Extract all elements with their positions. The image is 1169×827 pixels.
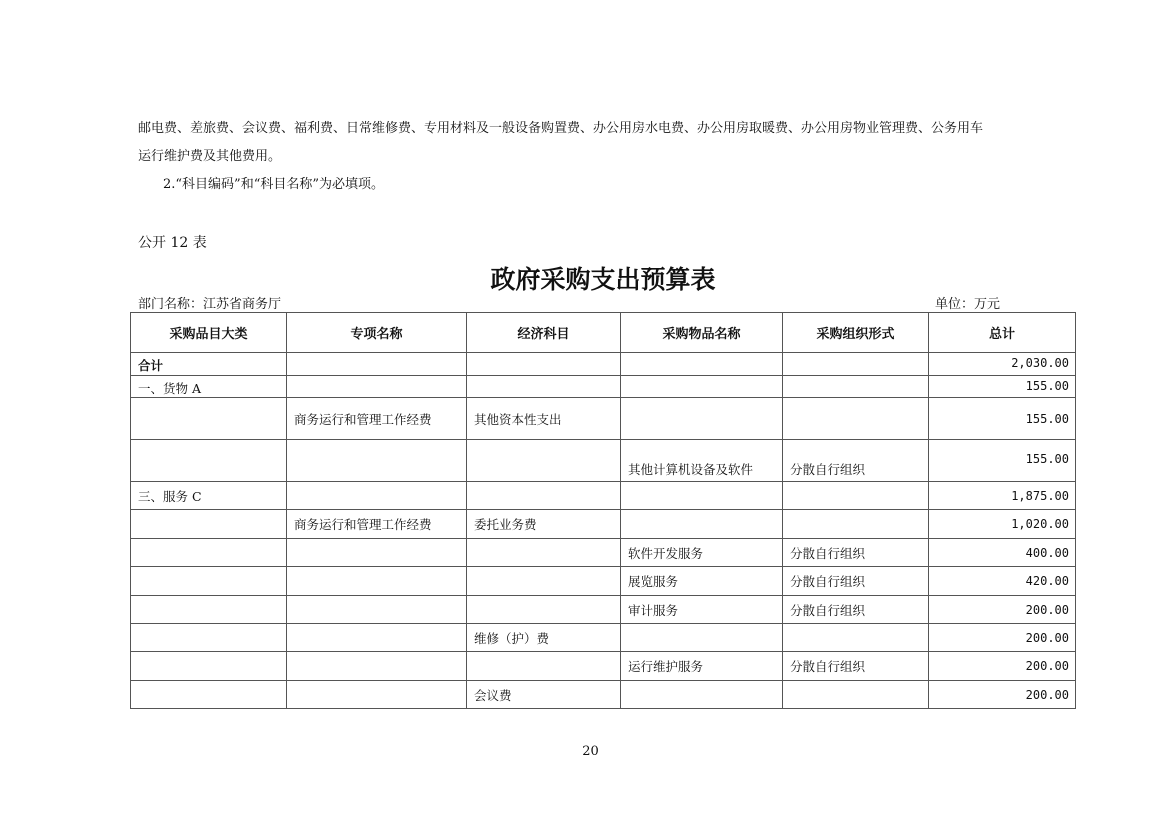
table-number: 公开 12 表 (138, 232, 207, 252)
cell-category (131, 681, 287, 709)
cell-economic (467, 353, 621, 376)
header-economic: 经济科目 (467, 313, 621, 353)
cell-item (621, 510, 783, 539)
table-row: 审计服务 分散自行组织 200.00 (131, 596, 1076, 624)
cell-org (783, 510, 929, 539)
header-total: 总计 (929, 313, 1076, 353)
table-row: 商务运行和管理工作经费 其他资本性支出 155.00 (131, 398, 1076, 440)
cell-org: 分散自行组织 (783, 567, 929, 596)
cell-project (287, 681, 467, 709)
cell-project (287, 353, 467, 376)
note-line-1: 邮电费、差旅费、会议费、福利费、日常维修费、专用材料及一般设备购置费、办公用房水… (138, 121, 983, 137)
cell-total: 420.00 (929, 567, 1076, 596)
cell-economic (467, 567, 621, 596)
unit-label: 单位：万元 (935, 293, 1000, 312)
cell-economic: 其他资本性支出 (467, 398, 621, 440)
cell-item: 运行维护服务 (621, 652, 783, 681)
cell-economic: 会议费 (467, 681, 621, 709)
cell-economic (467, 440, 621, 482)
table-row: 一、货物 A 155.00 (131, 376, 1076, 398)
cell-project: 商务运行和管理工作经费 (287, 398, 467, 440)
cell-project (287, 652, 467, 681)
header-item: 采购物品名称 (621, 313, 783, 353)
procurement-budget-table: 采购品目大类 专项名称 经济科目 采购物品名称 采购组织形式 总计 合计 2,0… (130, 312, 1076, 709)
table-row: 运行维护服务 分散自行组织 200.00 (131, 652, 1076, 681)
cell-item: 审计服务 (621, 596, 783, 624)
header-org: 采购组织形式 (783, 313, 929, 353)
cell-category (131, 539, 287, 567)
cell-total: 1,020.00 (929, 510, 1076, 539)
table-row: 会议费 200.00 (131, 681, 1076, 709)
cell-project (287, 539, 467, 567)
table-row: 软件开发服务 分散自行组织 400.00 (131, 539, 1076, 567)
cell-category: 一、货物 A (131, 376, 287, 398)
table-row: 商务运行和管理工作经费 委托业务费 1,020.00 (131, 510, 1076, 539)
table-row: 维修（护）费 200.00 (131, 624, 1076, 652)
cell-total: 155.00 (929, 376, 1076, 398)
cell-project: 商务运行和管理工作经费 (287, 510, 467, 539)
cell-project (287, 482, 467, 510)
cell-org (783, 398, 929, 440)
table-row: 其他计算机设备及软件 分散自行组织 155.00 (131, 440, 1076, 482)
cell-org: 分散自行组织 (783, 652, 929, 681)
cell-category: 合计 (131, 353, 287, 376)
table-row: 合计 2,030.00 (131, 353, 1076, 376)
cell-item (621, 482, 783, 510)
cell-project (287, 596, 467, 624)
cell-economic: 维修（护）费 (467, 624, 621, 652)
cell-total: 2,030.00 (929, 353, 1076, 376)
cell-economic (467, 539, 621, 567)
cell-category (131, 440, 287, 482)
cell-category (131, 652, 287, 681)
cell-category (131, 596, 287, 624)
cell-project (287, 624, 467, 652)
page-title: 政府采购支出预算表 (0, 260, 1169, 296)
cell-org: 分散自行组织 (783, 440, 929, 482)
cell-economic (467, 596, 621, 624)
cell-total: 200.00 (929, 624, 1076, 652)
table-row: 展览服务 分散自行组织 420.00 (131, 567, 1076, 596)
cell-total: 400.00 (929, 539, 1076, 567)
cell-economic (467, 482, 621, 510)
cell-item (621, 376, 783, 398)
header-project: 专项名称 (287, 313, 467, 353)
page-number: 20 (0, 744, 1169, 759)
cell-project (287, 440, 467, 482)
table-header-row: 采购品目大类 专项名称 经济科目 采购物品名称 采购组织形式 总计 (131, 313, 1076, 353)
cell-org (783, 353, 929, 376)
cell-org (783, 681, 929, 709)
cell-economic (467, 652, 621, 681)
cell-total: 1,875.00 (929, 482, 1076, 510)
cell-total: 155.00 (929, 398, 1076, 440)
department-label: 部门名称：江苏省商务厅 (138, 293, 281, 312)
cell-item (621, 398, 783, 440)
cell-item: 展览服务 (621, 567, 783, 596)
cell-item (621, 624, 783, 652)
cell-item (621, 681, 783, 709)
table-row: 三、服务 C 1,875.00 (131, 482, 1076, 510)
cell-org (783, 376, 929, 398)
cell-category (131, 624, 287, 652)
cell-total: 200.00 (929, 681, 1076, 709)
cell-org (783, 624, 929, 652)
cell-total: 200.00 (929, 652, 1076, 681)
cell-project (287, 376, 467, 398)
cell-total: 200.00 (929, 596, 1076, 624)
cell-category: 三、服务 C (131, 482, 287, 510)
cell-economic: 委托业务费 (467, 510, 621, 539)
note-line-2: 运行维护费及其他费用。 (138, 149, 281, 165)
cell-category (131, 567, 287, 596)
cell-category (131, 510, 287, 539)
cell-item: 其他计算机设备及软件 (621, 440, 783, 482)
cell-item: 软件开发服务 (621, 539, 783, 567)
cell-category (131, 398, 287, 440)
cell-total: 155.00 (929, 440, 1076, 482)
cell-org (783, 482, 929, 510)
cell-economic (467, 376, 621, 398)
header-category: 采购品目大类 (131, 313, 287, 353)
cell-org: 分散自行组织 (783, 596, 929, 624)
cell-item (621, 353, 783, 376)
note-line-3: 2.“科目编码”和“科目名称”为必填项。 (163, 177, 384, 193)
cell-project (287, 567, 467, 596)
cell-org: 分散自行组织 (783, 539, 929, 567)
